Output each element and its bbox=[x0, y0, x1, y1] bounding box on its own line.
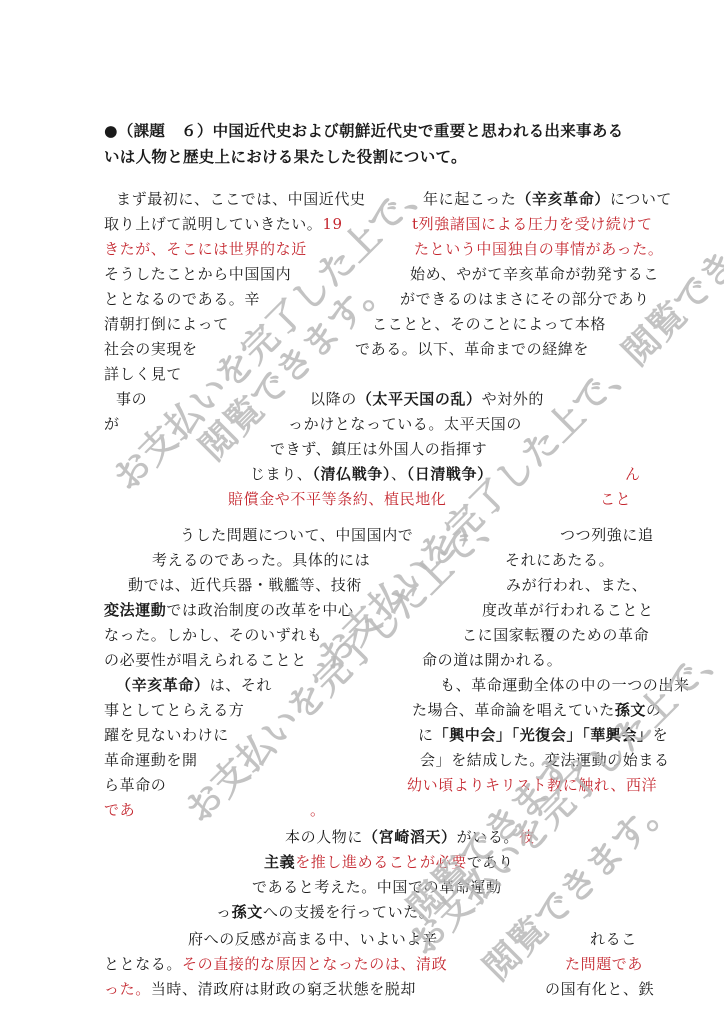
text-segment: 以降の bbox=[310, 390, 357, 408]
text-segment: では政治制度の改革を中心 bbox=[166, 601, 353, 619]
highlighted-text: その直接的な原因となったのは、清政 bbox=[182, 955, 447, 973]
highlighted-text: 。 bbox=[310, 801, 326, 819]
highlighted-text: 賠償金や不平等条約、植民地化 bbox=[228, 490, 446, 508]
text-segment: できず、鎮圧は外国人の指揮す bbox=[270, 440, 487, 458]
text-segment: 当時、清政府は財政の窮乏状態を脱却 bbox=[151, 980, 416, 998]
text-segment: 躍を見ないわけに bbox=[104, 726, 229, 744]
text-segment: 詳しく見て bbox=[104, 365, 182, 383]
text-line: 命の道は開かれる。 bbox=[422, 649, 562, 671]
text-segment: なった。しかし、そのいずれも bbox=[104, 626, 322, 644]
text-line: 考えるのであった。具体的には bbox=[152, 549, 370, 571]
text-segment: である。以下、革命までの経緯を bbox=[355, 340, 589, 358]
text-line: の国有化と、鉄 bbox=[545, 978, 654, 1000]
text-segment: や対外的 bbox=[482, 390, 544, 408]
text-segment: こに国家転覆のための革命 bbox=[462, 626, 649, 644]
text-line: っかけとなっている。太平天国の bbox=[288, 413, 522, 435]
text-line: 詳しく見て bbox=[104, 363, 182, 385]
text-line: 。 bbox=[310, 799, 326, 821]
text-line: 清朝打倒によって bbox=[104, 313, 229, 335]
text-line: まず最初に、ここでは、中国近代史 bbox=[116, 188, 366, 210]
text-segment: について bbox=[610, 190, 672, 208]
bold-term: 孫文 bbox=[232, 903, 263, 921]
highlighted-text: きたが、そこには世界的な近 bbox=[104, 240, 307, 258]
text-line: なった。しかし、そのいずれも bbox=[104, 624, 322, 646]
text-line: こと bbox=[600, 488, 631, 510]
text-line: それにあたる。 bbox=[505, 549, 614, 571]
text-line: きたが、そこには世界的な近 bbox=[104, 238, 307, 260]
highlighted-text: た問題であ bbox=[565, 955, 643, 973]
text-line: 事の bbox=[116, 388, 147, 410]
text-segment: っ bbox=[216, 903, 232, 921]
text-segment: っかけとなっている。太平天国の bbox=[288, 415, 522, 433]
text-line: 取り上げて説明していきたい。19 bbox=[104, 213, 343, 235]
text-line: 始め、やがて辛亥革命が勃発するこ bbox=[410, 263, 659, 285]
text-line: うした問題について、中国国内で bbox=[180, 524, 413, 546]
text-segment: うした問題について、中国国内で bbox=[180, 526, 413, 544]
text-segment: そうしたことから中国国内 bbox=[104, 265, 291, 283]
text-line: 以降の（太平天国の乱）や対外的 bbox=[310, 388, 544, 410]
text-segment: の必要性が唱えられることと bbox=[104, 651, 307, 669]
bold-term: （辛亥革命） bbox=[516, 190, 610, 208]
text-segment: 取り上げて説明していきたい。 bbox=[104, 215, 322, 233]
text-segment: の国有化と、鉄 bbox=[545, 980, 654, 998]
text-line: 社会の実現を bbox=[104, 338, 198, 360]
text-line: 年に起こった（辛亥革命）について bbox=[423, 188, 672, 210]
text-line: みが行われ、また、 bbox=[506, 574, 647, 596]
bold-term: （太平天国の乱） bbox=[357, 390, 482, 408]
highlighted-text: であ bbox=[104, 801, 135, 819]
text-segment: 事としてとらえる方 bbox=[104, 701, 244, 719]
text-segment: 本の人物に bbox=[285, 828, 363, 846]
text-segment: こことと、そのことによって本格 bbox=[372, 315, 606, 333]
text-segment: 始め、やがて辛亥革命が勃発するこ bbox=[410, 265, 659, 283]
highlighted-text: たという中国独自の事情があった。 bbox=[414, 240, 663, 258]
text-line: 変法運動では政治制度の改革を中心 bbox=[104, 599, 354, 621]
text-line: ん bbox=[625, 463, 641, 485]
text-line: である。以下、革命までの経緯を bbox=[355, 338, 589, 360]
text-line: ができるのはまさにその部分であり bbox=[400, 288, 650, 310]
text-segment: れるこ bbox=[590, 930, 637, 948]
text-line: こに国家転覆のための革命 bbox=[462, 624, 649, 646]
highlighted-text: t列強諸国による圧力を受け続けて bbox=[412, 215, 653, 233]
text-segment: 革命運動を開 bbox=[104, 751, 198, 769]
highlighted-text: 19 bbox=[322, 215, 342, 233]
text-line: た問題であ bbox=[565, 953, 643, 975]
text-segment: ら革命の bbox=[104, 776, 166, 794]
text-line: ととなる。その直接的な原因となったのは、清政 bbox=[104, 953, 447, 975]
text-line: 事としてとらえる方 bbox=[104, 699, 244, 721]
bold-term: 変法運動 bbox=[104, 601, 166, 619]
text-line: っ孫文への支援を行っていた。 bbox=[216, 901, 434, 923]
text-line: った。当時、清政府は財政の窮乏状態を脱却 bbox=[104, 978, 416, 1000]
text-line: そうしたことから中国国内 bbox=[104, 263, 291, 285]
text-segment: に bbox=[418, 726, 434, 744]
text-segment: 事の bbox=[116, 390, 147, 408]
text-line: こことと、そのことによって本格 bbox=[372, 313, 606, 335]
bold-term: （宮崎滔天） bbox=[363, 828, 457, 846]
text-line: じまり、（清仏戦争）、（日清戦争） bbox=[250, 463, 493, 485]
text-segment: 、 bbox=[391, 465, 407, 483]
text-line: 動では、近代兵器・戦艦等、技術 bbox=[128, 574, 362, 596]
text-segment: ととなるのである。辛 bbox=[104, 290, 260, 308]
document-page: ●（課題 ６）中国近代史および朝鮮近代史で重要と思われる出来事あるいは人物と歴史… bbox=[0, 0, 724, 1024]
text-line: （辛亥革命）は、それ bbox=[116, 674, 272, 696]
text-segment: ととなる。 bbox=[104, 955, 182, 973]
bold-term: （辛亥革命） bbox=[116, 676, 210, 694]
text-segment: みが行われ、また、 bbox=[506, 576, 647, 594]
text-line: であ bbox=[104, 799, 135, 821]
text-segment: 社会の実現を bbox=[104, 340, 198, 358]
text-segment: 命の道は開かれる。 bbox=[422, 651, 562, 669]
text-segment: それにあたる。 bbox=[505, 551, 614, 569]
text-segment: ができるのはまさにその部分であり bbox=[400, 290, 650, 308]
highlighted-text: った。 bbox=[104, 980, 151, 998]
text-line: ととなるのである。辛 bbox=[104, 288, 260, 310]
text-segment: 府への反感が高まる中、いよいよ辛 bbox=[188, 930, 438, 948]
text-segment: が bbox=[104, 415, 120, 433]
text-line: 躍を見ないわけに bbox=[104, 724, 229, 746]
text-segment: は、それ bbox=[210, 676, 272, 694]
highlighted-text: ん bbox=[625, 465, 641, 483]
text-segment: た場合、革命論を唱えていた bbox=[412, 701, 615, 719]
text-line: の必要性が唱えられることと bbox=[104, 649, 307, 671]
assignment-title: ●（課題 ６）中国近代史および朝鮮近代史で重要と思われる出来事あるいは人物と歴史… bbox=[104, 118, 634, 170]
text-line: が bbox=[104, 413, 120, 435]
text-segment: まず最初に、ここでは、中国近代史 bbox=[116, 190, 366, 208]
text-line: つつ列強に追 bbox=[560, 524, 654, 546]
text-line: t列強諸国による圧力を受け続けて bbox=[412, 213, 653, 235]
highlighted-text: こと bbox=[600, 490, 631, 508]
text-line: 革命運動を開 bbox=[104, 749, 198, 771]
text-line: 府への反感が高まる中、いよいよ辛 bbox=[188, 928, 438, 950]
text-segment: 清朝打倒によって bbox=[104, 315, 229, 333]
text-line: できず、鎮圧は外国人の指揮す bbox=[270, 438, 487, 460]
text-segment: 考えるのであった。具体的には bbox=[152, 551, 370, 569]
text-line: れるこ bbox=[590, 928, 637, 950]
text-segment: じまり、 bbox=[250, 465, 312, 483]
text-line: たという中国独自の事情があった。 bbox=[414, 238, 663, 260]
text-line: 賠償金や不平等条約、植民地化 bbox=[228, 488, 446, 510]
text-segment: つつ列強に追 bbox=[560, 526, 654, 544]
text-segment: 動では、近代兵器・戦艦等、技術 bbox=[128, 576, 362, 594]
bold-term: （清仏戦争） bbox=[312, 465, 391, 483]
bold-term: 主義 bbox=[264, 853, 295, 871]
text-line: ら革命の bbox=[104, 774, 166, 796]
text-line: 度改革が行われることと bbox=[482, 599, 654, 621]
text-segment: 度改革が行われることと bbox=[482, 601, 654, 619]
